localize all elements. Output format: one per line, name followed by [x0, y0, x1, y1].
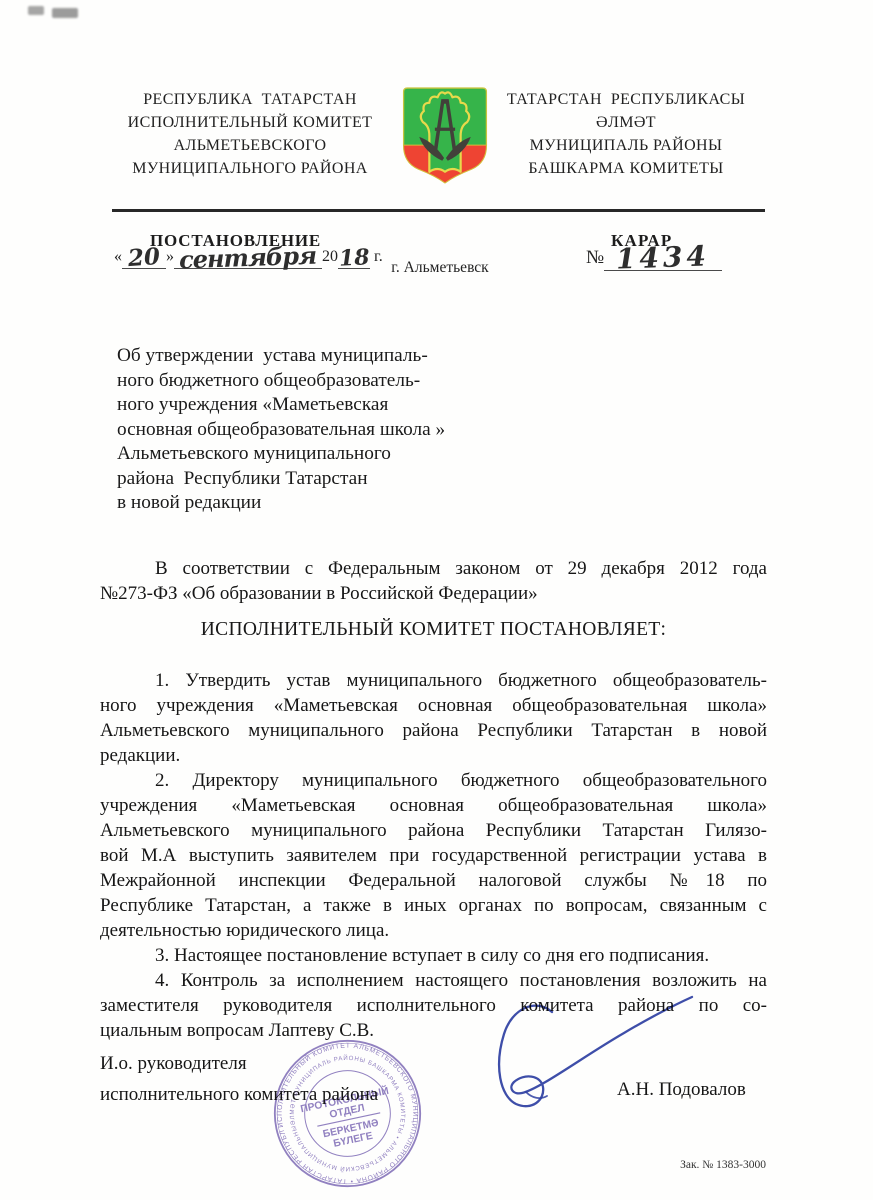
text-line: ного учреждения «Маметьевская [117, 393, 617, 418]
handwritten-number: 1434 [616, 244, 711, 271]
text-line: Межрайонной инспекции Федеральной налого… [100, 868, 767, 893]
text-line: района Республики Татарстан [117, 467, 617, 492]
text-line: АЛЬМЕТЬЕВСКОГО [110, 134, 390, 157]
item-1: 1. Утвердить устав муниципального бюджет… [100, 668, 767, 768]
text-line: №273-ФЗ «Об образовании в Российской Фед… [100, 581, 767, 606]
scan-artifact [52, 8, 78, 18]
item-2: 2. Директору муниципального бюджетного о… [100, 768, 767, 943]
text-line: вой М.А выступить заявителем при государ… [100, 843, 767, 868]
text-line: ного бюджетного общеобразователь- [117, 369, 617, 394]
coat-of-arms [399, 84, 491, 186]
text-line: 2. Директору муниципального бюджетного о… [100, 768, 767, 793]
text-line: ТАТАРСТАН РЕСПУБЛИКАСЫ [496, 88, 756, 111]
text-line: ного учреждения «Маметьевская основная о… [100, 693, 767, 718]
scan-artifact [28, 6, 44, 15]
resolution-heading: ИСПОЛНИТЕЛЬНЫЙ КОМИТЕТ ПОСТАНОВЛЯЕТ: [100, 619, 767, 641]
quote-close: » [166, 248, 174, 269]
text-line: учреждения «Маметьевская основная общеоб… [100, 793, 767, 818]
round-stamp: ИСПОЛНИТЕЛЬНЫЙ КОМИТЕТ АЛЬМЕТЬЕВСКОГО МУ… [271, 1037, 424, 1190]
handwritten-year: 18 [338, 248, 370, 269]
quote-open: « [114, 248, 122, 269]
text-line: 3. Настоящее постановление вступает в си… [100, 943, 767, 968]
text-line: МУНИЦИПАЛЬ РАЙОНЫ [496, 134, 756, 157]
text-line: Альметьевского муниципального района Рес… [100, 718, 767, 743]
date-month-blank: сентября [174, 247, 322, 269]
city-label: г. Альметьевск [378, 259, 502, 277]
item-3: 3. Настоящее постановление вступает в си… [100, 943, 767, 968]
year-printed: 20 [322, 248, 338, 269]
text-line: Об утверждении устава муниципаль- [117, 344, 617, 369]
date-line: « 20 » сентября 20 18 г. [114, 247, 383, 269]
intro-paragraph: В соответствии с Федеральным законом от … [100, 556, 767, 606]
text-line: РЕСПУБЛИКА ТАТАРСТАН [110, 88, 390, 111]
text-line: деятельностью юридического лица. [100, 918, 767, 943]
handwritten-month: сентября [179, 245, 317, 271]
crest-derrick-bar [435, 128, 455, 131]
text-line: в новой редакции [117, 491, 617, 516]
number-blank: 1434 [604, 246, 722, 271]
header-divider [112, 209, 765, 212]
text-line: ИСПОЛНИТЕЛЬНЫЙ КОМИТЕТ [110, 111, 390, 134]
text-line: редакции. [100, 743, 767, 768]
document-page: РЕСПУБЛИКА ТАТАРСТАНИСПОЛНИТЕЛЬНЫЙ КОМИТ… [0, 0, 873, 1200]
date-day-blank: 20 [122, 248, 166, 269]
ink-signature [452, 992, 694, 1120]
text-line: В соответствии с Федеральным законом от … [100, 556, 767, 581]
subject-block: Об утверждении устава муниципаль-ного бю… [117, 344, 617, 516]
text-line: Республике Татарстан, а также в иных орг… [100, 893, 767, 918]
print-order-note: Зак. № 1383-3000 [640, 1159, 766, 1171]
text-line: ӘЛМӘТ [496, 111, 756, 134]
text-line: основная общеобразовательная школа » [117, 418, 617, 443]
number-label: № [586, 247, 604, 271]
text-line: Альметьевского муниципального [117, 442, 617, 467]
text-line: МУНИЦИПАЛЬНОГО РАЙОНА [110, 157, 390, 180]
org-name-russian: РЕСПУБЛИКА ТАТАРСТАНИСПОЛНИТЕЛЬНЫЙ КОМИТ… [110, 88, 390, 180]
date-year-blank: 18 [338, 249, 370, 269]
handwritten-day: 20 [127, 247, 160, 269]
text-line: 4. Контроль за исполнением настоящего по… [100, 968, 767, 993]
resolution-items: 1. Утвердить устав муниципального бюджет… [100, 668, 767, 1043]
text-line: БАШКАРМА КОМИТЕТЫ [496, 157, 756, 180]
org-name-tatar: ТАТАРСТАН РЕСПУБЛИКАСЫӘЛМӘТМУНИЦИПАЛЬ РА… [496, 88, 756, 180]
doc-number-line: № 1434 [586, 246, 722, 271]
text-line: Альметьевского муниципального района Рес… [100, 818, 767, 843]
text-line: 1. Утвердить устав муниципального бюджет… [100, 668, 767, 693]
